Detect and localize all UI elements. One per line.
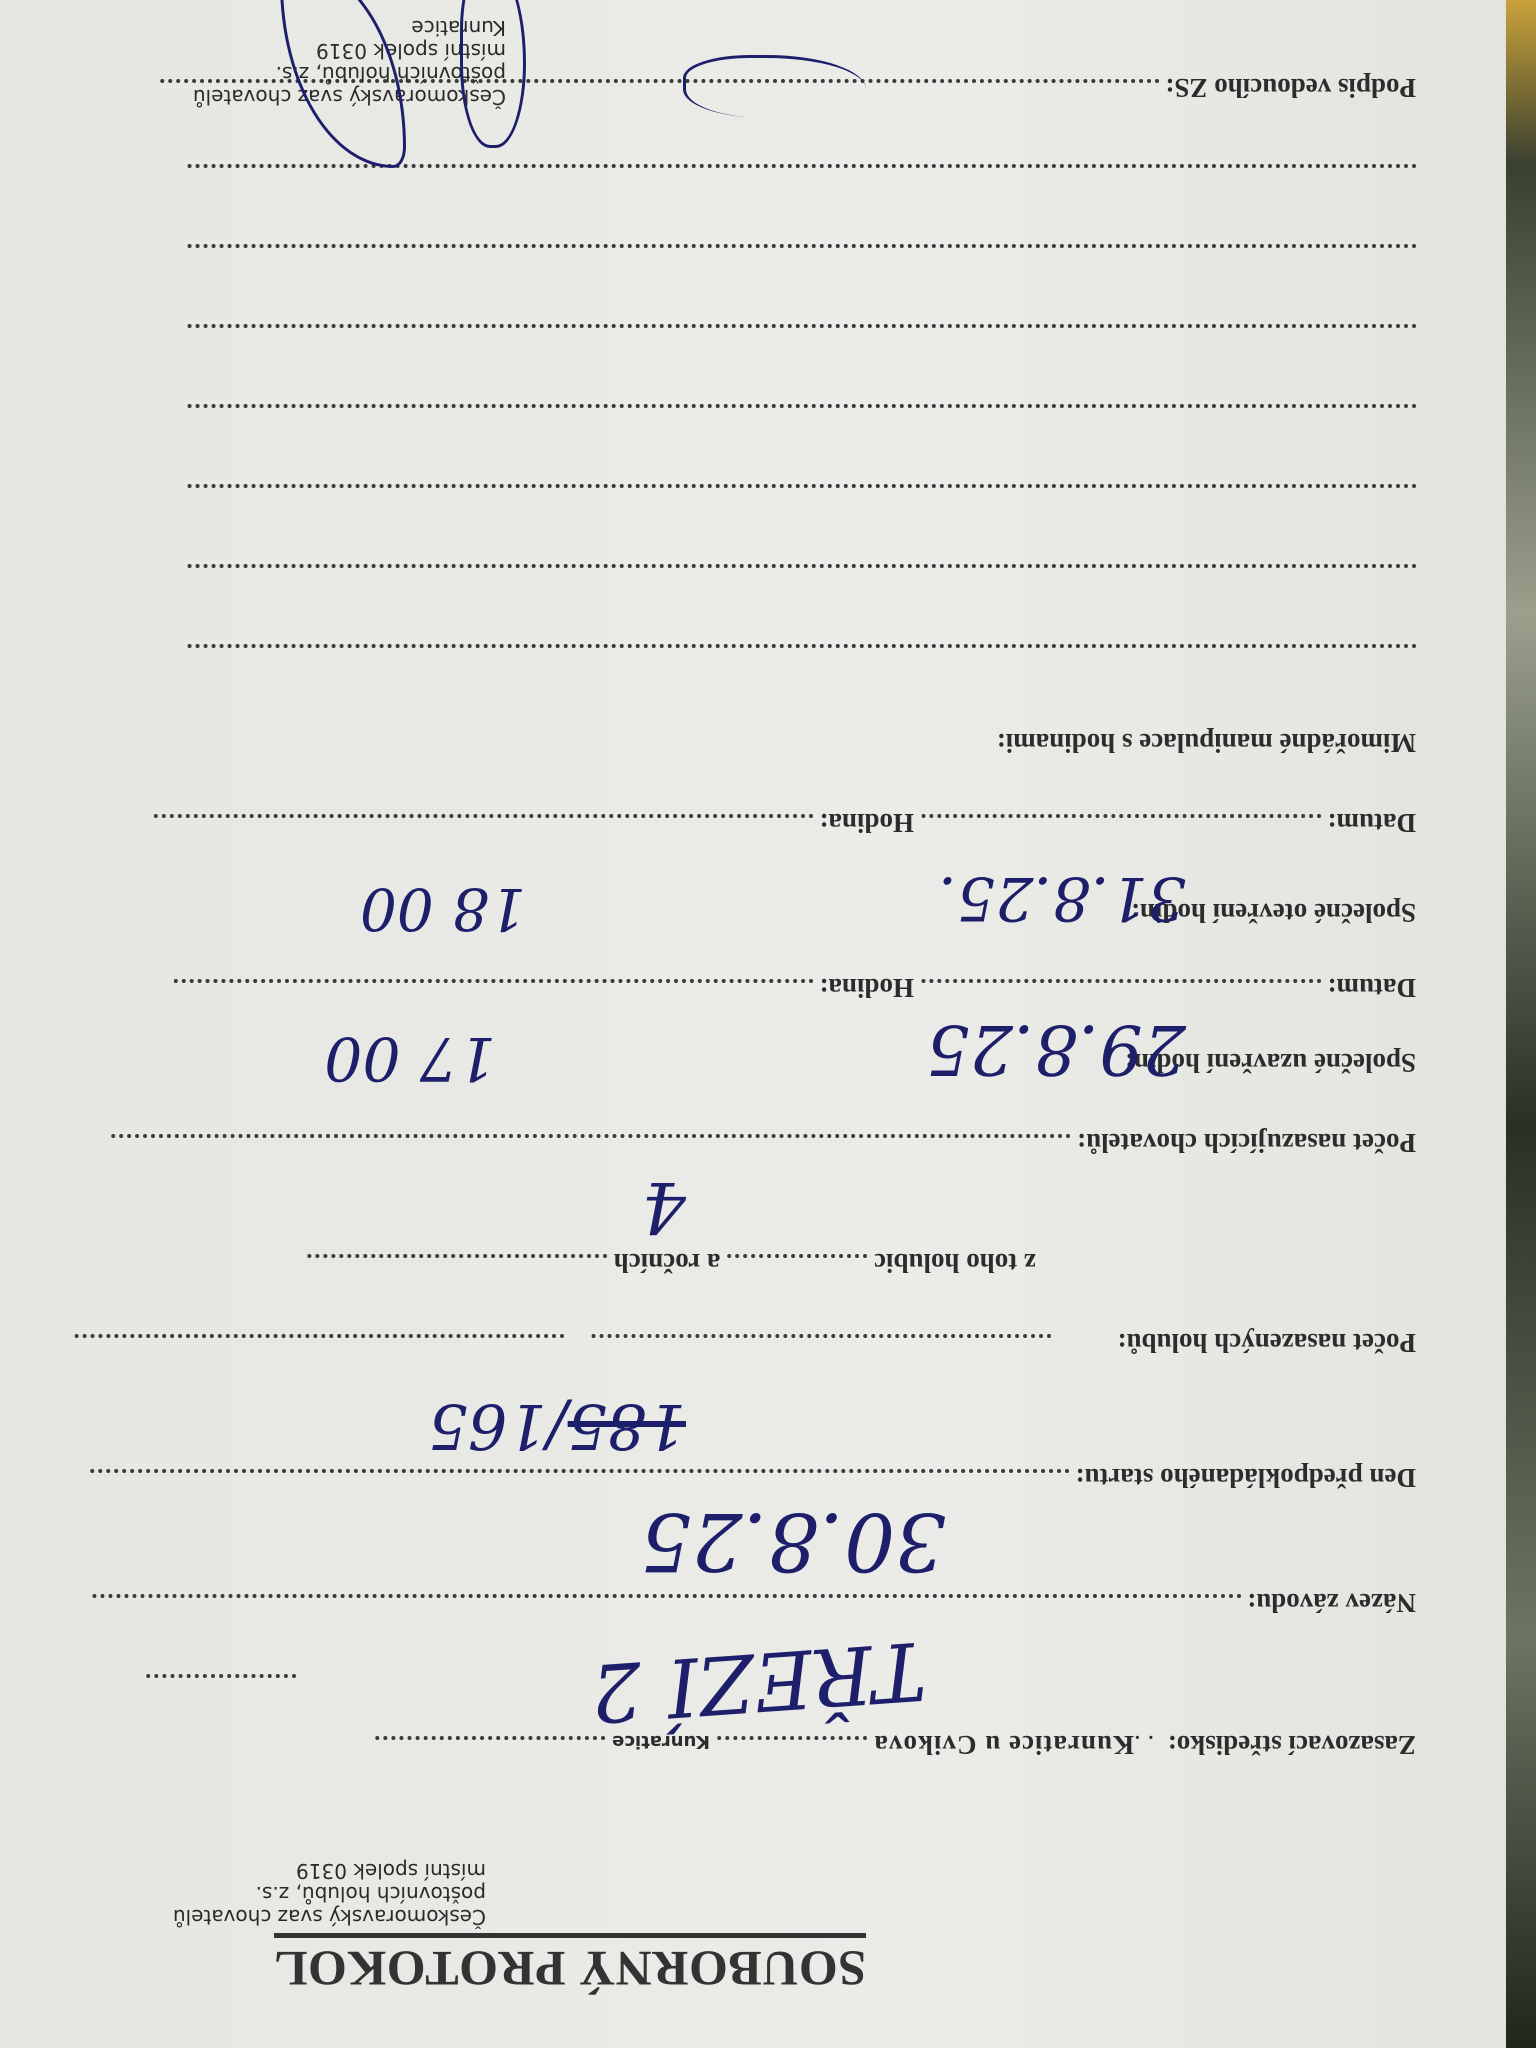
start-day-handwritten: 30.8.25 [641, 1495, 946, 1588]
pigeon-count-label: Počet nasazených holubů: [1117, 1328, 1416, 1358]
stamp-line: Českomoravský svaz chovatelů [173, 1905, 486, 1928]
opening-date-handwritten: 31.8.25. [938, 863, 1186, 933]
signature-label: Podpis vedoucího ZS: [1165, 73, 1416, 103]
closing-date-label: Datum: [1328, 973, 1417, 1003]
signature-mark [460, 0, 526, 148]
stamp-line: poštovních holubů, z.s. [173, 1882, 486, 1905]
race-name-handwritten: TŘEZÍ 2 [588, 1623, 929, 1739]
signature-mark [683, 55, 866, 118]
pigeon-count-handwritten: 185/165 [428, 1390, 686, 1463]
pigeon-count-value: 165 [428, 1390, 546, 1463]
blank-line [186, 317, 1416, 348]
pigeon-count-crossed: 185 [568, 1390, 686, 1463]
blank-line [186, 237, 1416, 268]
opening-date-label: Datum: [1328, 808, 1417, 838]
opening-row: Datum: Hodina: [153, 807, 1416, 838]
blank-line [186, 397, 1416, 428]
release-center-label: Zasazovací středisko: [1168, 1730, 1416, 1760]
blank-line [186, 557, 1416, 588]
of-which-label: z toho holubic [874, 1248, 1036, 1278]
start-day-label: Den předpokládaného startu: [1075, 1463, 1416, 1493]
breeders-handwritten: 4 [641, 1166, 686, 1248]
breeders-label: Počet nasazujících chovatelů: [1077, 1128, 1416, 1158]
opening-hour-handwritten: 18 00 [360, 875, 526, 943]
breeders-row: Počet nasazujících chovatelů: [110, 1127, 1416, 1158]
race-name-row: Název závodu: [91, 1587, 1416, 1618]
yearlings-label: a ročních [614, 1248, 721, 1278]
closing-row: Datum: Hodina: [173, 972, 1416, 1003]
closing-hour-label: Hodina: [819, 973, 914, 1003]
stamp-line: místní spolek 0319 [173, 1859, 486, 1882]
document-title: SOUBORNÝ PROTOKOL [274, 1933, 866, 1998]
release-center-value: Kunratice u Cvikova [874, 1730, 1135, 1760]
paper-sheet: SOUBORNÝ PROTOKOL Českomoravský svaz cho… [0, 0, 1506, 2048]
closing-hour-handwritten: 17 00 [324, 1023, 496, 1093]
race-name-label: Název závodu: [1247, 1588, 1416, 1618]
hens-row: z toho holubic a ročních [307, 1247, 1036, 1278]
start-day-row: Den předpokládaného startu: [89, 1462, 1416, 1493]
club-header-stamp: Českomoravský svaz chovatelů poštovních … [173, 1859, 486, 1928]
release-center-continuation [146, 1667, 296, 1698]
blank-line [186, 477, 1416, 508]
closing-date-handwritten: 29.8.25 [926, 1009, 1186, 1088]
blank-line [186, 637, 1416, 668]
opening-hour-label: Hodina: [819, 808, 914, 838]
pigeon-count-row: Počet nasazených holubů: [74, 1327, 1416, 1358]
rotated-document: SOUBORNÝ PROTOKOL Českomoravský svaz cho… [0, 0, 1536, 2048]
manipulation-heading: Mimořádné manipulace s hodinami: [997, 727, 1416, 758]
release-center-row: Zasazovací středisko: . .Kunratice u Cvi… [375, 1729, 1416, 1760]
